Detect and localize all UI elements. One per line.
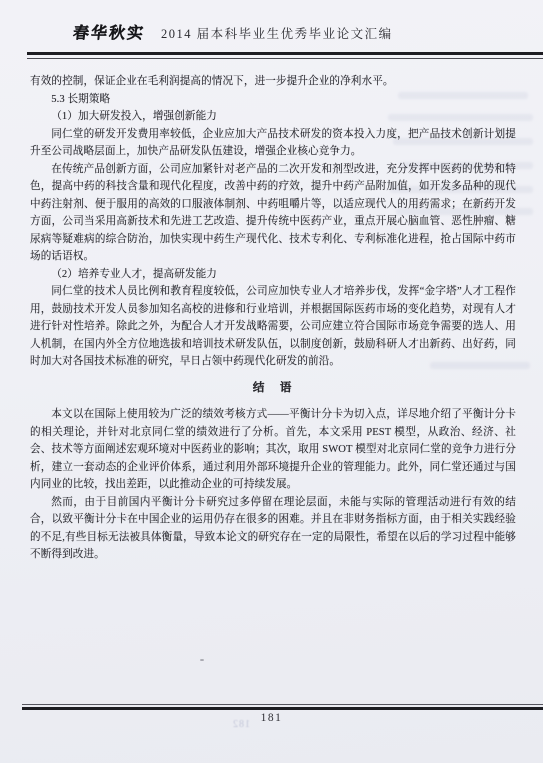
conclusion-paragraph: 本文以在国际上使用较为广泛的绩效考核方式——平衡计分卡为切入点，详尽地介绍了平衡…: [30, 406, 516, 494]
page-number: 181: [0, 712, 543, 724]
conclusion-paragraph: 然而，由于目前国内平衡计分卡研究过多停留在理论层面，未能与实际的管理活动进行有效…: [30, 494, 516, 564]
body-paragraph: 同仁堂的技术人员比例和教育程度较低，公司应加快专业人才培养步伐，发挥“金字塔”人…: [30, 283, 516, 371]
header-divider-thick-line: [27, 52, 543, 55]
header-title: 2014 届本科毕业生优秀毕业论文汇编: [161, 24, 393, 42]
scanned-document-page: 春华秋实 2014 届本科毕业生优秀毕业论文汇编 有效的控制，保证企业在毛利润提…: [0, 0, 543, 763]
body-paragraph: 有效的控制，保证企业在毛利润提高的情况下，进一步提升企业的净利水平。: [30, 73, 516, 91]
footer-divider-thick-line: [22, 707, 543, 710]
body-paragraph: 在传统产品创新方面，公司应加紧针对老产品的二次开发和剂型改进，充分发挥中医药的优…: [30, 161, 516, 266]
subsection-heading-rd-investment: （1）加大研发投入，增强创新能力: [30, 108, 516, 126]
footer-divider-thin-line: [22, 704, 543, 705]
section-heading-long-term-strategy: 5.3 长期策略: [30, 91, 516, 109]
bleed-through-page-number: 182: [232, 719, 250, 730]
page-header: 春华秋实 2014 届本科毕业生优秀毕业论文汇编: [73, 20, 523, 43]
document-body: 有效的控制，保证企业在毛利润提高的情况下，进一步提升企业的净利水平。 5.3 长…: [30, 73, 516, 564]
header-divider-thin-line: [27, 58, 543, 59]
scan-speck-artifact: [200, 659, 204, 661]
subsection-heading-talent-cultivation: （2）培养专业人才，提高研发能力: [30, 266, 516, 284]
body-paragraph: 同仁堂的研发开发费用率较低，企业应加大产品技术研发的资本投入力度，把产品技术创新…: [30, 126, 516, 161]
conclusion-heading: 结 语: [30, 380, 516, 398]
series-logo-calligraphy: 春华秋实: [72, 20, 146, 43]
